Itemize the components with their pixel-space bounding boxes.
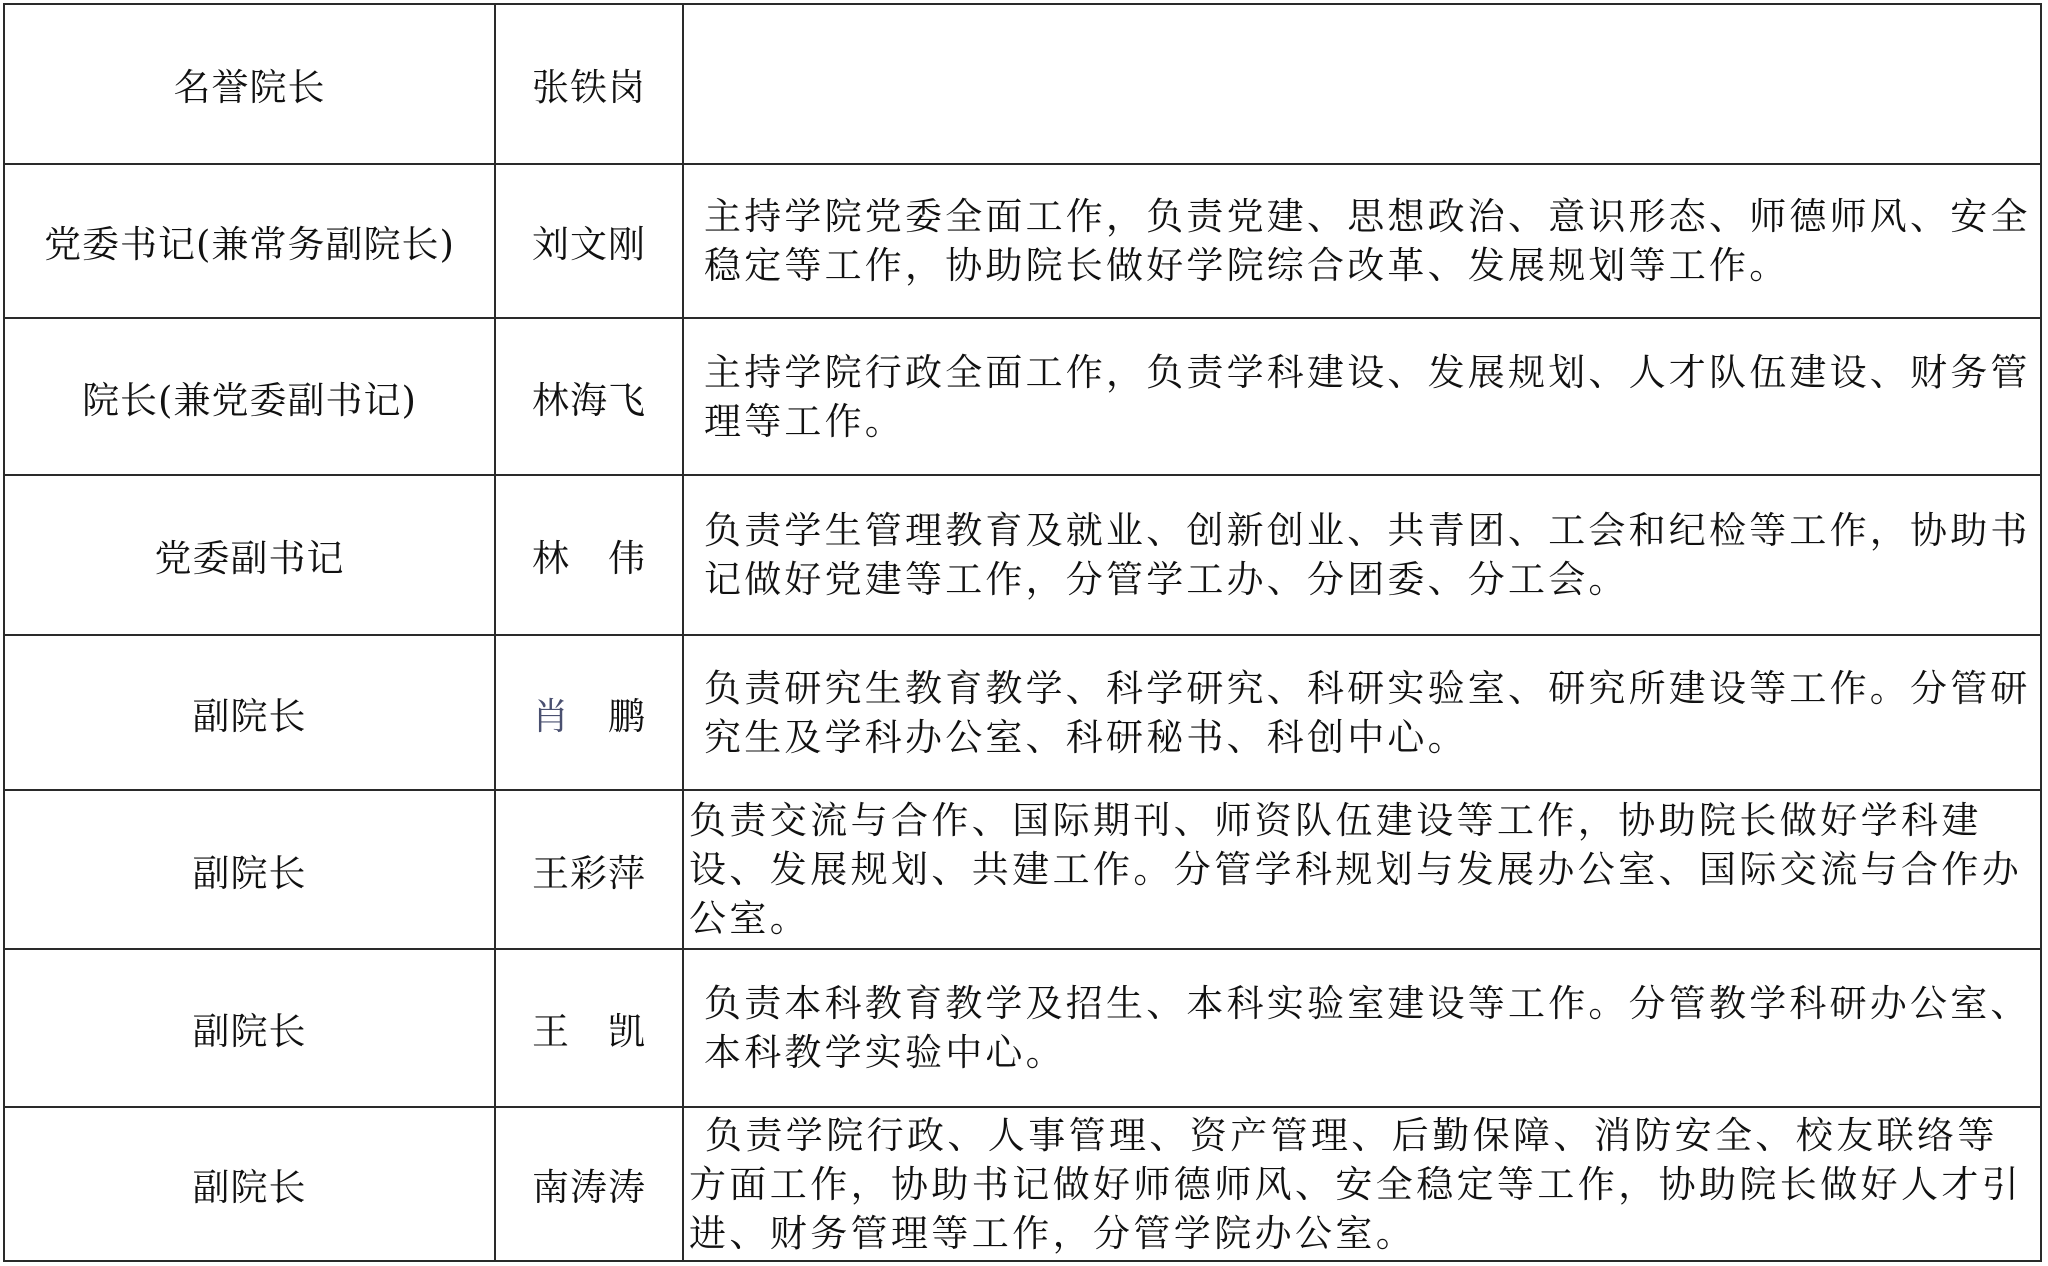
duties-cell (683, 4, 2041, 164)
table-row: 副院长 肖 鹏 负责研究生教育教学、科学研究、科研实验室、研究所建设等工作。分管… (4, 635, 2041, 790)
person-name-cell: 刘文刚 (495, 164, 683, 318)
person-name-cell: 林海飞 (495, 318, 683, 475)
name-char: 肖 (532, 695, 570, 738)
table-row: 党委副书记 林 伟 负责学生管理教育及就业、创新创业、共青团、工会和纪检等工作，… (4, 475, 2041, 635)
duties-cell: 主持学院党委全面工作，负责党建、思想政治、意识形态、师德师风、安全稳定等工作，协… (683, 164, 2041, 318)
duties-cell: 负责本科教育教学及招生、本科实验室建设等工作。分管教学科研办公室、本科教学实验中… (683, 949, 2041, 1107)
person-name-cell: 王 凯 (495, 949, 683, 1107)
duties-cell: 负责交流与合作、国际期刊、师资队伍建设等工作，协助院长做好学科建设、发展规划、共… (683, 790, 2041, 949)
person-name-cell: 南涛涛 (495, 1107, 683, 1261)
leadership-duties-table: 名誉院长 张铁岗 党委书记(兼常务副院长) 刘文刚 主持学院党委全面工作，负责党… (3, 3, 2042, 1262)
duties-cell: 负责研究生教育教学、科学研究、科研实验室、研究所建设等工作。分管研究生及学科办公… (683, 635, 2041, 790)
position-title-cell: 名誉院长 (4, 4, 495, 164)
position-title-cell: 党委副书记 (4, 475, 495, 635)
person-name-cell: 张铁岗 (495, 4, 683, 164)
duties-cell: 主持学院行政全面工作，负责学科建设、发展规划、人才队伍建设、财务管理等工作。 (683, 318, 2041, 475)
person-name-cell: 肖 鹏 (495, 635, 683, 790)
person-name-cell: 王彩萍 (495, 790, 683, 949)
table-row: 党委书记(兼常务副院长) 刘文刚 主持学院党委全面工作，负责党建、思想政治、意识… (4, 164, 2041, 318)
position-title-cell: 副院长 (4, 1107, 495, 1261)
position-title-cell: 副院长 (4, 790, 495, 949)
table-row: 副院长 王彩萍 负责交流与合作、国际期刊、师资队伍建设等工作，协助院长做好学科建… (4, 790, 2041, 949)
person-name-cell: 林 伟 (495, 475, 683, 635)
name-char: 鹏 (608, 695, 646, 738)
position-title-cell: 副院长 (4, 949, 495, 1107)
table-row: 院长(兼党委副书记) 林海飞 主持学院行政全面工作，负责学科建设、发展规划、人才… (4, 318, 2041, 475)
table-row: 副院长 王 凯 负责本科教育教学及招生、本科实验室建设等工作。分管教学科研办公室… (4, 949, 2041, 1107)
duties-cell: 负责学院行政、人事管理、资产管理、后勤保障、消防安全、校友联络等方面工作，协助书… (683, 1107, 2041, 1261)
position-title-cell: 院长(兼党委副书记) (4, 318, 495, 475)
table-row: 副院长 南涛涛 负责学院行政、人事管理、资产管理、后勤保障、消防安全、校友联络等… (4, 1107, 2041, 1261)
duties-cell: 负责学生管理教育及就业、创新创业、共青团、工会和纪检等工作，协助书记做好党建等工… (683, 475, 2041, 635)
position-title-cell: 副院长 (4, 635, 495, 790)
table-row: 名誉院长 张铁岗 (4, 4, 2041, 164)
position-title-cell: 党委书记(兼常务副院长) (4, 164, 495, 318)
